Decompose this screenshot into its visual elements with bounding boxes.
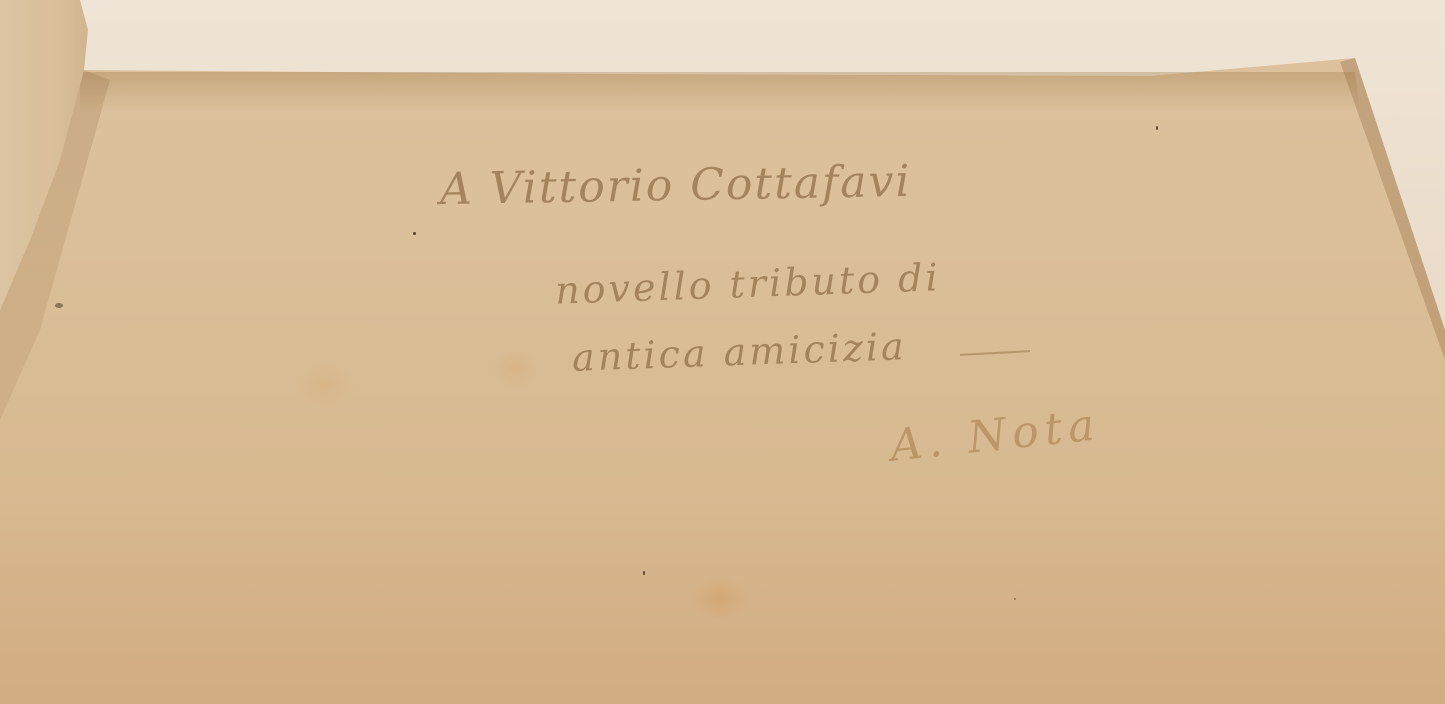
dedication-line-1: A Vittorio Cottafavi: [440, 156, 912, 215]
photo-scene: A Vittorio Cottafavi novello tributo di …: [0, 0, 1445, 704]
paper-speck: [1014, 598, 1016, 600]
paper-speck: [643, 571, 645, 575]
paper-speck: [55, 303, 63, 308]
paper-speck: [413, 232, 416, 235]
paper-speck: [1156, 126, 1158, 130]
page-top-foxing: [80, 72, 1360, 112]
